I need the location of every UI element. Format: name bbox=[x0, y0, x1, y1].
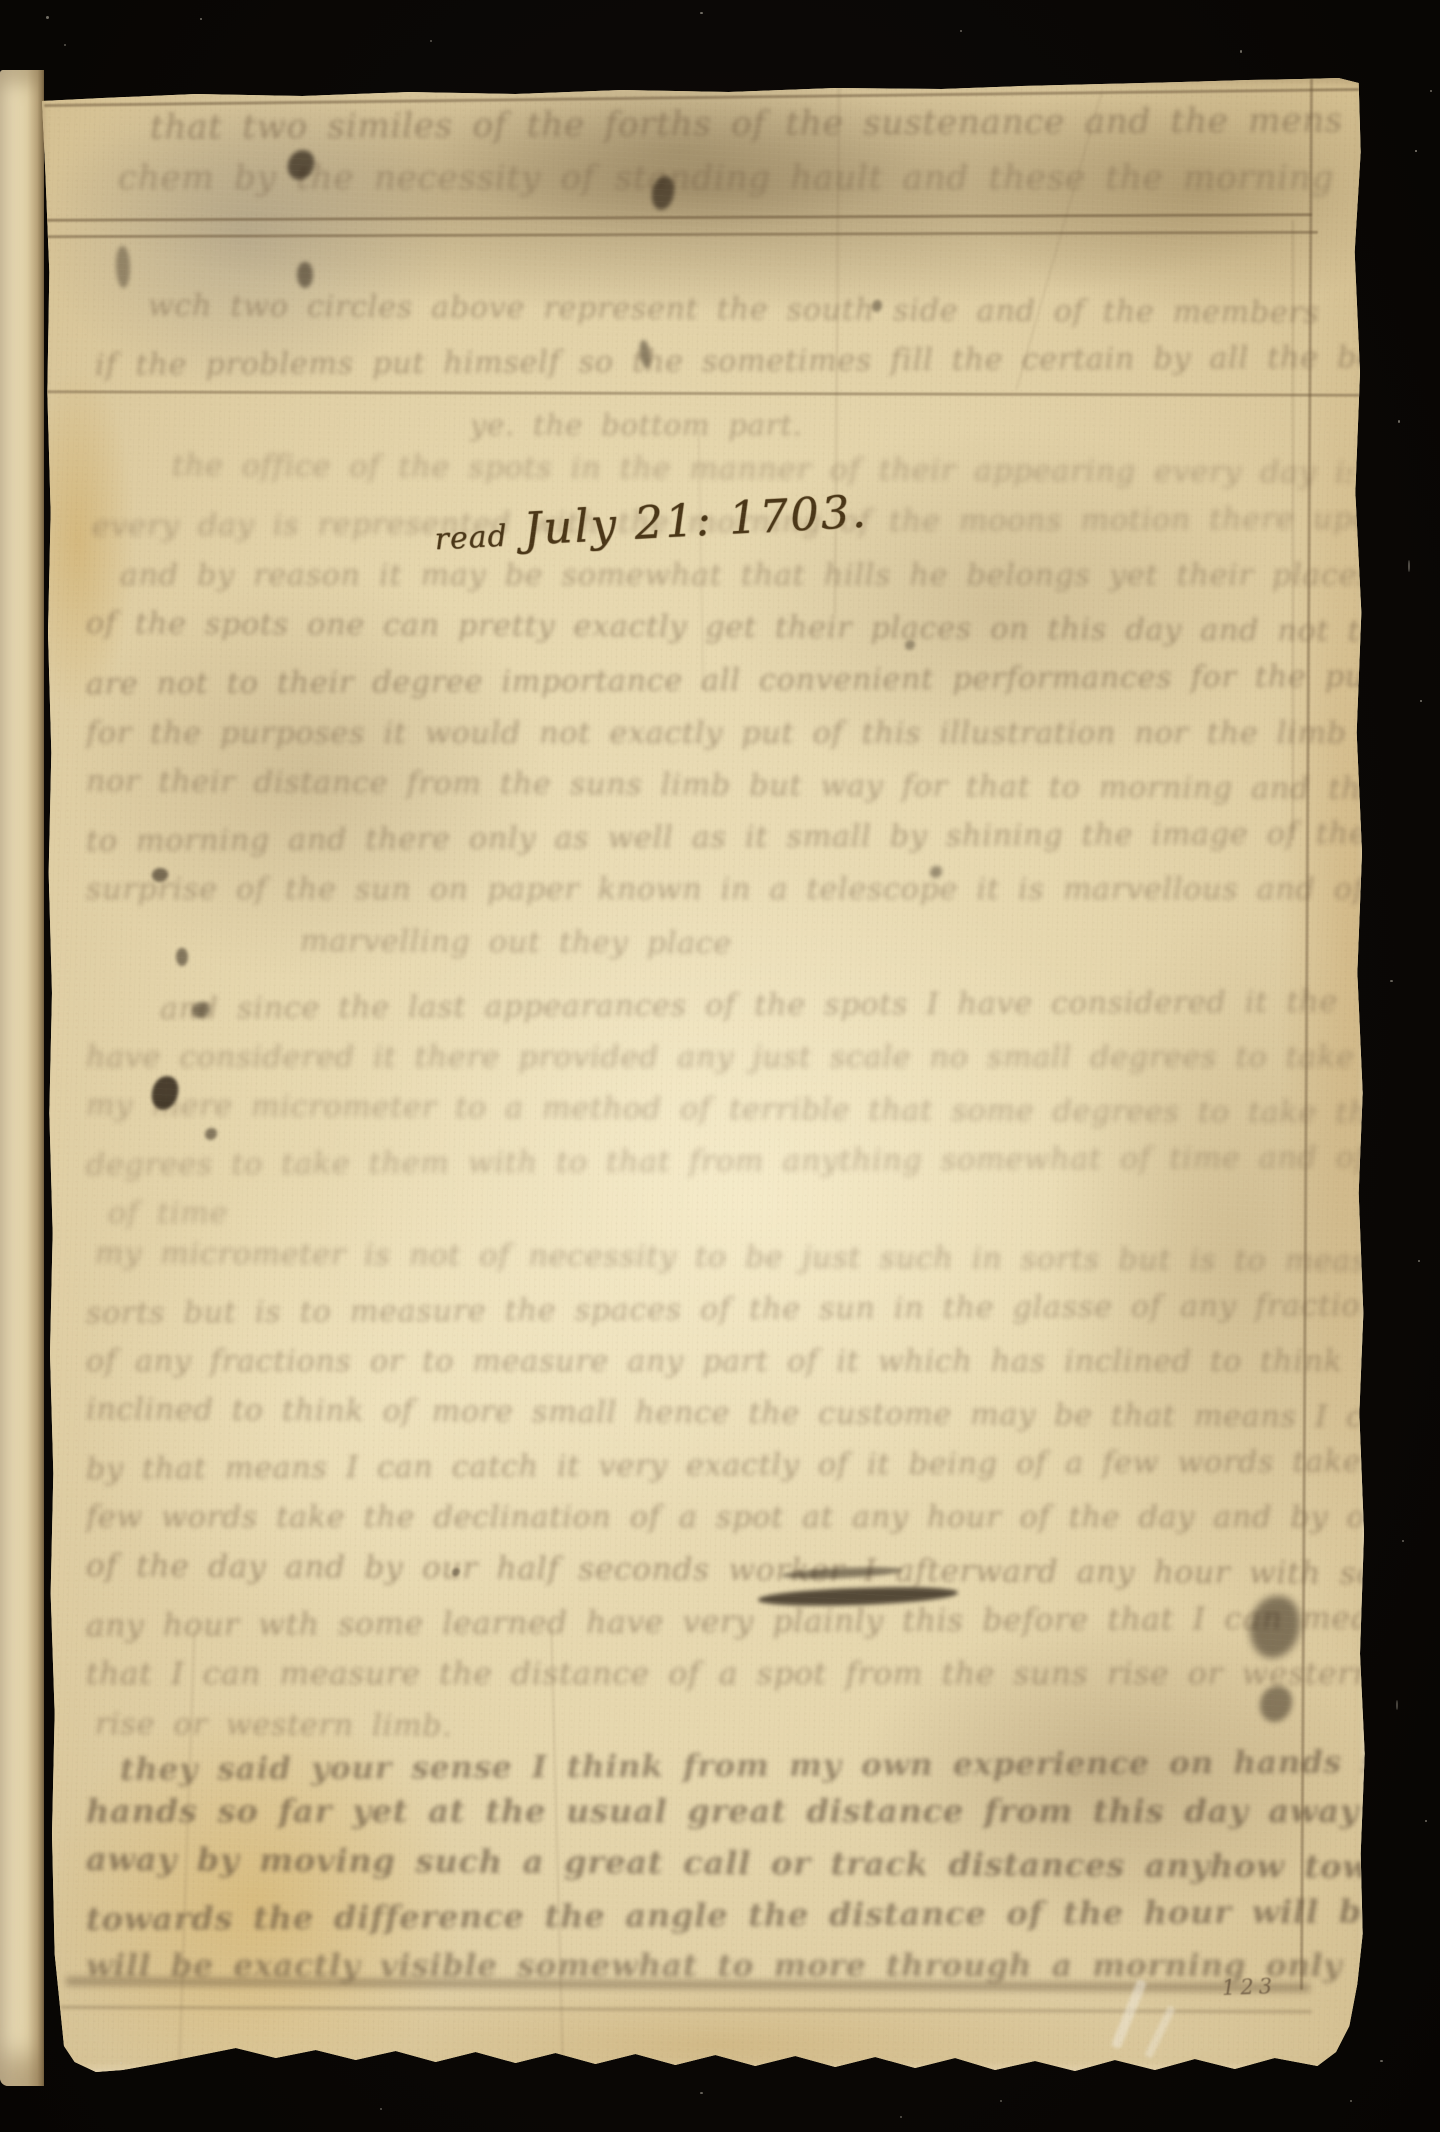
ink-blot bbox=[638, 339, 653, 368]
bleed-through-text-line: to morning and there only as well as it … bbox=[86, 816, 1381, 859]
bleed-through-text-line: for the purposes it would not exactly pu… bbox=[86, 716, 1386, 751]
bleed-through-text-line: surprise of the sun on paper known in a … bbox=[86, 872, 1376, 907]
bleed-through-text-line: sorts but is to measure the spaces of th… bbox=[86, 1288, 1396, 1331]
bleed-through-text-line: degrees to take them with to that from a… bbox=[86, 1140, 1386, 1183]
bleed-through-text-line: of any fractions or to measure any part … bbox=[86, 1344, 1396, 1379]
manuscript-page: read July 21: 1703. 123 that two similes… bbox=[36, 72, 1368, 2074]
ink-blot bbox=[296, 261, 315, 289]
surface-scratch bbox=[1111, 1979, 1147, 2050]
ink-blot bbox=[175, 947, 189, 966]
bleed-through-text-line: by that means I can catch it very exactl… bbox=[86, 1444, 1396, 1487]
ink-blot bbox=[1250, 1596, 1300, 1658]
bleed-through-text-line: any hour wth some learned have very plai… bbox=[86, 1600, 1396, 1644]
bleed-through-text-line: that two similes of the forths of the su… bbox=[150, 100, 1340, 147]
bleed-through-text-line: of the day and by our half seconds worke… bbox=[86, 1548, 1396, 1592]
bleed-through-text-line: my mere micrometer to a method of terrib… bbox=[86, 1088, 1386, 1131]
bleed-through-text-line: wch two circles above represent the sout… bbox=[148, 288, 1318, 330]
manuscript-scan: read July 21: 1703. 123 that two similes… bbox=[0, 0, 1440, 2132]
ink-rule bbox=[42, 390, 1372, 396]
bleed-through-text-line: are not to their degree importance all c… bbox=[86, 659, 1386, 702]
dust-speck bbox=[1350, 2100, 1352, 2102]
bleed-through-text-line: nor their distance from the suns limb bu… bbox=[86, 764, 1386, 807]
ink-blot bbox=[151, 866, 170, 883]
bleed-through-text-line: chem by the necessity of standing hault … bbox=[118, 158, 1348, 198]
bleed-through-text-line: away by moving such a great call or trac… bbox=[86, 1840, 1406, 1886]
dust-speck bbox=[1420, 700, 1422, 702]
stain bbox=[260, 1970, 1180, 2120]
dust-speck bbox=[700, 2092, 703, 2094]
bleed-through-text-line: of the spots one can pretty exactly get … bbox=[86, 606, 1386, 649]
dust-speck bbox=[1430, 90, 1432, 92]
ink-blot bbox=[452, 1568, 460, 1576]
stain bbox=[430, 60, 930, 240]
bleed-through-text-line: inclined to think of more small hence th… bbox=[86, 1392, 1396, 1435]
dust-speck bbox=[1425, 1820, 1427, 1822]
bleed-through-text-line: my micrometer is not of necessity to be … bbox=[95, 1236, 1395, 1279]
dust-speck bbox=[900, 2116, 902, 2118]
dust-speck bbox=[700, 12, 703, 14]
paper-crease bbox=[698, 430, 705, 690]
stain bbox=[1040, 900, 1430, 1620]
ink-rule bbox=[1300, 78, 1313, 1990]
paper-crease bbox=[550, 1630, 563, 2060]
dust-speck bbox=[1380, 2060, 1383, 2062]
stain bbox=[960, 60, 1440, 320]
dust-speck bbox=[380, 2108, 382, 2110]
ink-rule bbox=[1292, 220, 1294, 840]
stain bbox=[30, 60, 460, 400]
ink-blot bbox=[150, 1075, 179, 1112]
bleed-through-text-line: ye. the bottom part. bbox=[470, 408, 845, 442]
dust-speck bbox=[46, 16, 49, 19]
torn-edge-rim bbox=[36, 72, 1368, 2074]
stain bbox=[40, 1690, 470, 2120]
stain bbox=[700, 420, 1300, 800]
dust-speck bbox=[1390, 980, 1393, 982]
ink-blot bbox=[1260, 1686, 1292, 1722]
dust-speck bbox=[64, 44, 66, 46]
ink-rule bbox=[40, 213, 1312, 221]
ink-blot bbox=[115, 246, 132, 289]
ink-blot bbox=[930, 866, 942, 878]
stain bbox=[60, 560, 560, 990]
paper-crease bbox=[1015, 92, 1102, 391]
dust-speck bbox=[1408, 560, 1410, 572]
bleed-through-text-line: will be exactly visible somewhat to more… bbox=[86, 1948, 1386, 1984]
surface-scratch bbox=[1144, 2005, 1176, 2059]
ink-rule bbox=[66, 1977, 1310, 1993]
bleed-through-text-line: if the problems put himself so the somet… bbox=[95, 340, 1380, 383]
stain bbox=[30, 60, 1380, 320]
bleed-through-text-line: and by reason it may be somewhat that hi… bbox=[120, 558, 1370, 593]
dust-speck bbox=[1418, 1260, 1420, 1262]
bleed-through-text-line: towards the difference the angle the dis… bbox=[86, 1892, 1406, 1938]
bleed-through-text-line: that I can measure the distance of a spo… bbox=[86, 1656, 1396, 1692]
ink-blot bbox=[782, 1566, 902, 1580]
ink-rule bbox=[40, 231, 1318, 238]
bleed-through-text-line: rise or western limb. bbox=[95, 1707, 535, 1745]
dust-speck bbox=[1402, 1540, 1404, 1542]
ink-blot bbox=[905, 640, 915, 650]
ink-rule bbox=[44, 88, 1362, 107]
ink-blot bbox=[192, 1002, 210, 1018]
ink-rule bbox=[60, 2006, 1312, 2013]
bleed-through-text-line: the office of the spots in the manner of… bbox=[172, 448, 1352, 490]
bleed-through-text-line: hands so far yet at the usual great dist… bbox=[86, 1792, 1406, 1830]
dust-speck bbox=[960, 30, 962, 32]
bleed-through-text-line: and since the last appearances of the sp… bbox=[160, 984, 1340, 1026]
dust-speck bbox=[200, 18, 202, 20]
stain bbox=[60, 1140, 740, 1660]
stain bbox=[300, 850, 1200, 1550]
dust-speck bbox=[430, 40, 432, 42]
paper-crease bbox=[178, 1630, 195, 2060]
bleed-through-text-line: of time bbox=[108, 1196, 278, 1231]
dust-speck bbox=[1000, 2100, 1002, 2102]
bleed-through-text-line: marvelling out they place bbox=[300, 924, 730, 962]
ink-blot bbox=[758, 1585, 958, 1607]
dust-speck bbox=[1396, 1700, 1398, 1710]
ink-blot bbox=[872, 300, 882, 312]
ink-blot bbox=[651, 175, 675, 210]
bleed-through-text-line: they said your sense I think from my own… bbox=[120, 1744, 1410, 1788]
bleed-through-text-line: have considered it there provided any ju… bbox=[86, 1040, 1386, 1075]
ink-blot bbox=[286, 148, 316, 181]
dust-speck bbox=[1240, 50, 1242, 53]
page-number: 123 bbox=[1222, 1974, 1278, 2000]
inscription-date: July 21: 1703. bbox=[522, 485, 869, 556]
dust-speck bbox=[1398, 420, 1400, 423]
bleed-through-text-line: few words take the declination of a spot… bbox=[86, 1500, 1396, 1535]
stain bbox=[850, 1610, 1380, 1940]
dust-speck bbox=[1415, 150, 1417, 152]
book-page-edges bbox=[0, 70, 44, 2086]
inscription-prefix: read bbox=[434, 519, 509, 558]
inscription-read-date: read July 21: 1703. bbox=[433, 485, 869, 561]
ink-blot bbox=[205, 1128, 217, 1140]
stain bbox=[1275, 200, 1425, 1700]
